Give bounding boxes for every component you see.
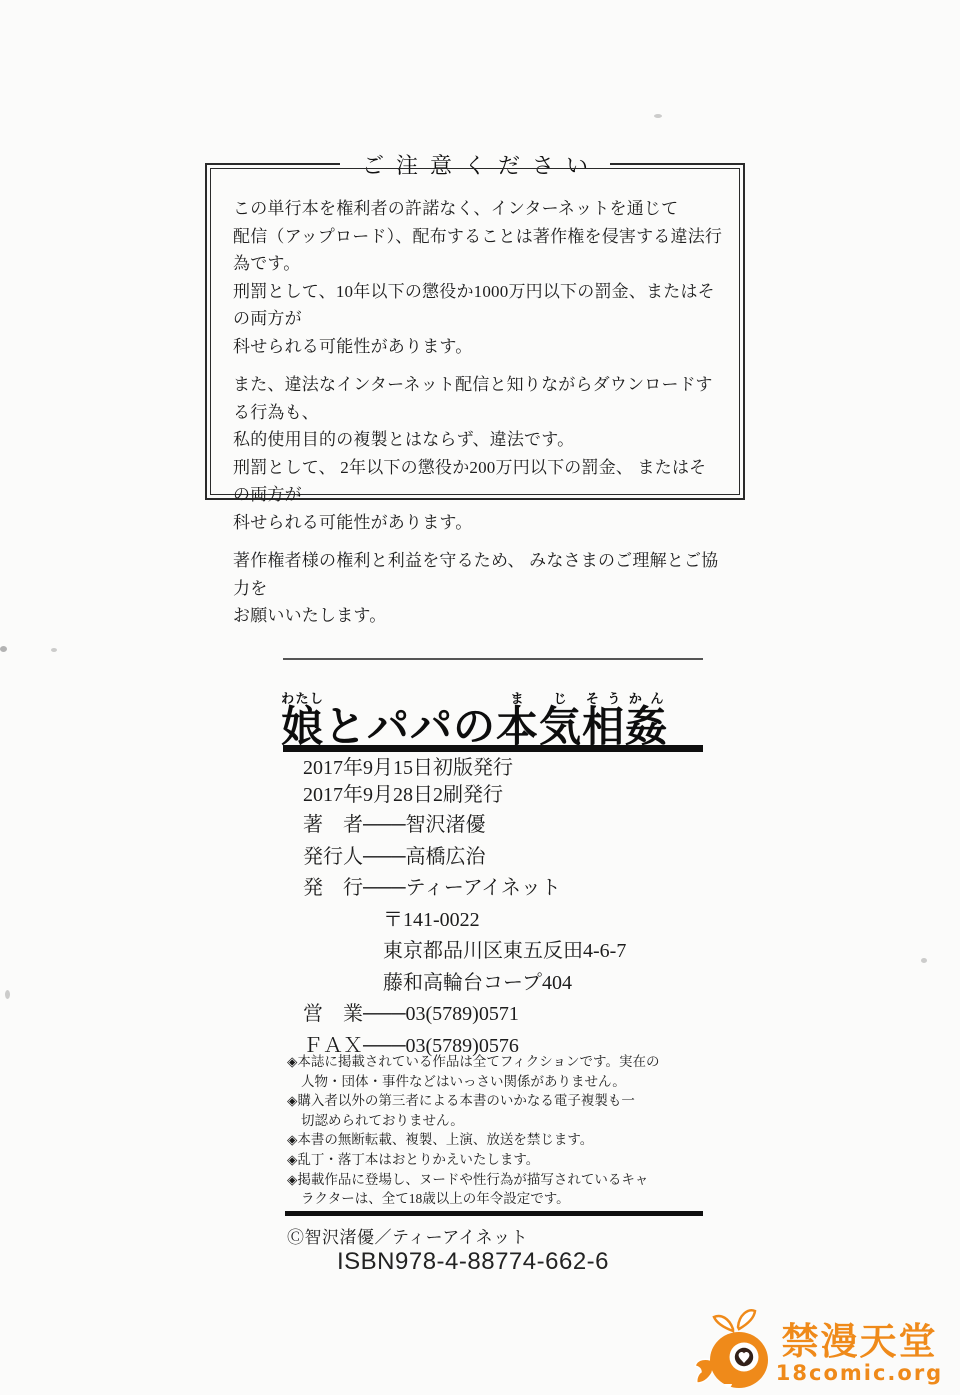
- warning-paragraph-appeal: 著作権者様の権利と利益を守るため、 みなさまのご理解とご協力を お願いいたします…: [233, 547, 723, 630]
- warning-paragraph-download: また、違法なインターネット配信と知りながらダウンロードする行為も、 私的使用目的…: [233, 371, 723, 536]
- scan-speck: [5, 990, 10, 999]
- legal-notes-list: ◈本誌に掲載されている作品は全てフィクションです。実在の 人物・団体・事件などは…: [287, 1052, 677, 1209]
- print-dates: 2017年9月15日初版発行 2017年9月28日2刷発行: [303, 755, 513, 809]
- watermark-site-url: 18comic.org: [762, 1362, 957, 1385]
- scan-speck: [654, 114, 662, 118]
- author-row: 著 者───智沢渚優: [303, 810, 626, 842]
- title-underline-bar: [283, 745, 703, 752]
- watermark-site-name: 禁漫天堂: [762, 1321, 957, 1362]
- copyright-line: Ⓒ智沢渚優／ティーアイネット: [287, 1223, 528, 1248]
- address-line-2: 藤和高輪台コープ404: [303, 968, 626, 1000]
- scanned-colophon-page: ご注意ください この単行本を権利者の許諾なく、インターネットを通じて 配信（アッ…: [0, 0, 960, 1395]
- address-line-1: 東京都品川区東五反田4-6-7: [303, 936, 626, 968]
- scan-speck: [921, 958, 927, 963]
- scan-speck: [51, 648, 57, 652]
- note-fiction: ◈本誌に掲載されている作品は全てフィクションです。実在の 人物・団体・事件などは…: [287, 1052, 677, 1091]
- note-age-statement: ◈掲載作品に登場し、ヌードや性行為が描写されているキャ ラクターは、全て18歳以…: [287, 1170, 677, 1209]
- publication-rows: 著 者───智沢渚優 発行人───高橋広治 発 行───ティーアイネット 〒14…: [303, 810, 626, 1062]
- copyright-warning-box: ご注意ください この単行本を権利者の許諾なく、インターネットを通じて 配信（アッ…: [205, 163, 745, 500]
- scan-speck: [0, 646, 7, 652]
- section-divider-bar: [285, 1211, 703, 1216]
- note-no-reproduction: ◈本書の無断転載、複製、上演、放送を禁じます。: [287, 1130, 677, 1150]
- note-defective-copies: ◈乱丁・落丁本はおとりかえいたします。: [287, 1150, 677, 1170]
- issuer-row: 発行人───高橋広治: [303, 842, 626, 874]
- sales-phone-row: 営 業───03(5789)0571: [303, 999, 626, 1031]
- warning-paragraph-upload: この単行本を権利者の許諾なく、インターネットを通じて 配信（アップロード）、配布…: [233, 195, 723, 360]
- title-top-rule: [283, 658, 703, 660]
- postal-code: 〒141-0022: [303, 905, 626, 937]
- watermark-text-block: 禁漫天堂 18comic.org: [762, 1321, 957, 1385]
- warning-box-body: この単行本を権利者の許諾なく、インターネットを通じて 配信（アップロード）、配布…: [210, 168, 740, 495]
- note-electronic-copy: ◈購入者以外の第三者による本書のいかなる電子複製も一 切認められておりません。: [287, 1091, 677, 1130]
- publisher-row: 発 行───ティーアイネット: [303, 873, 626, 905]
- isbn-number: ISBN978-4-88774-662-6: [337, 1248, 609, 1276]
